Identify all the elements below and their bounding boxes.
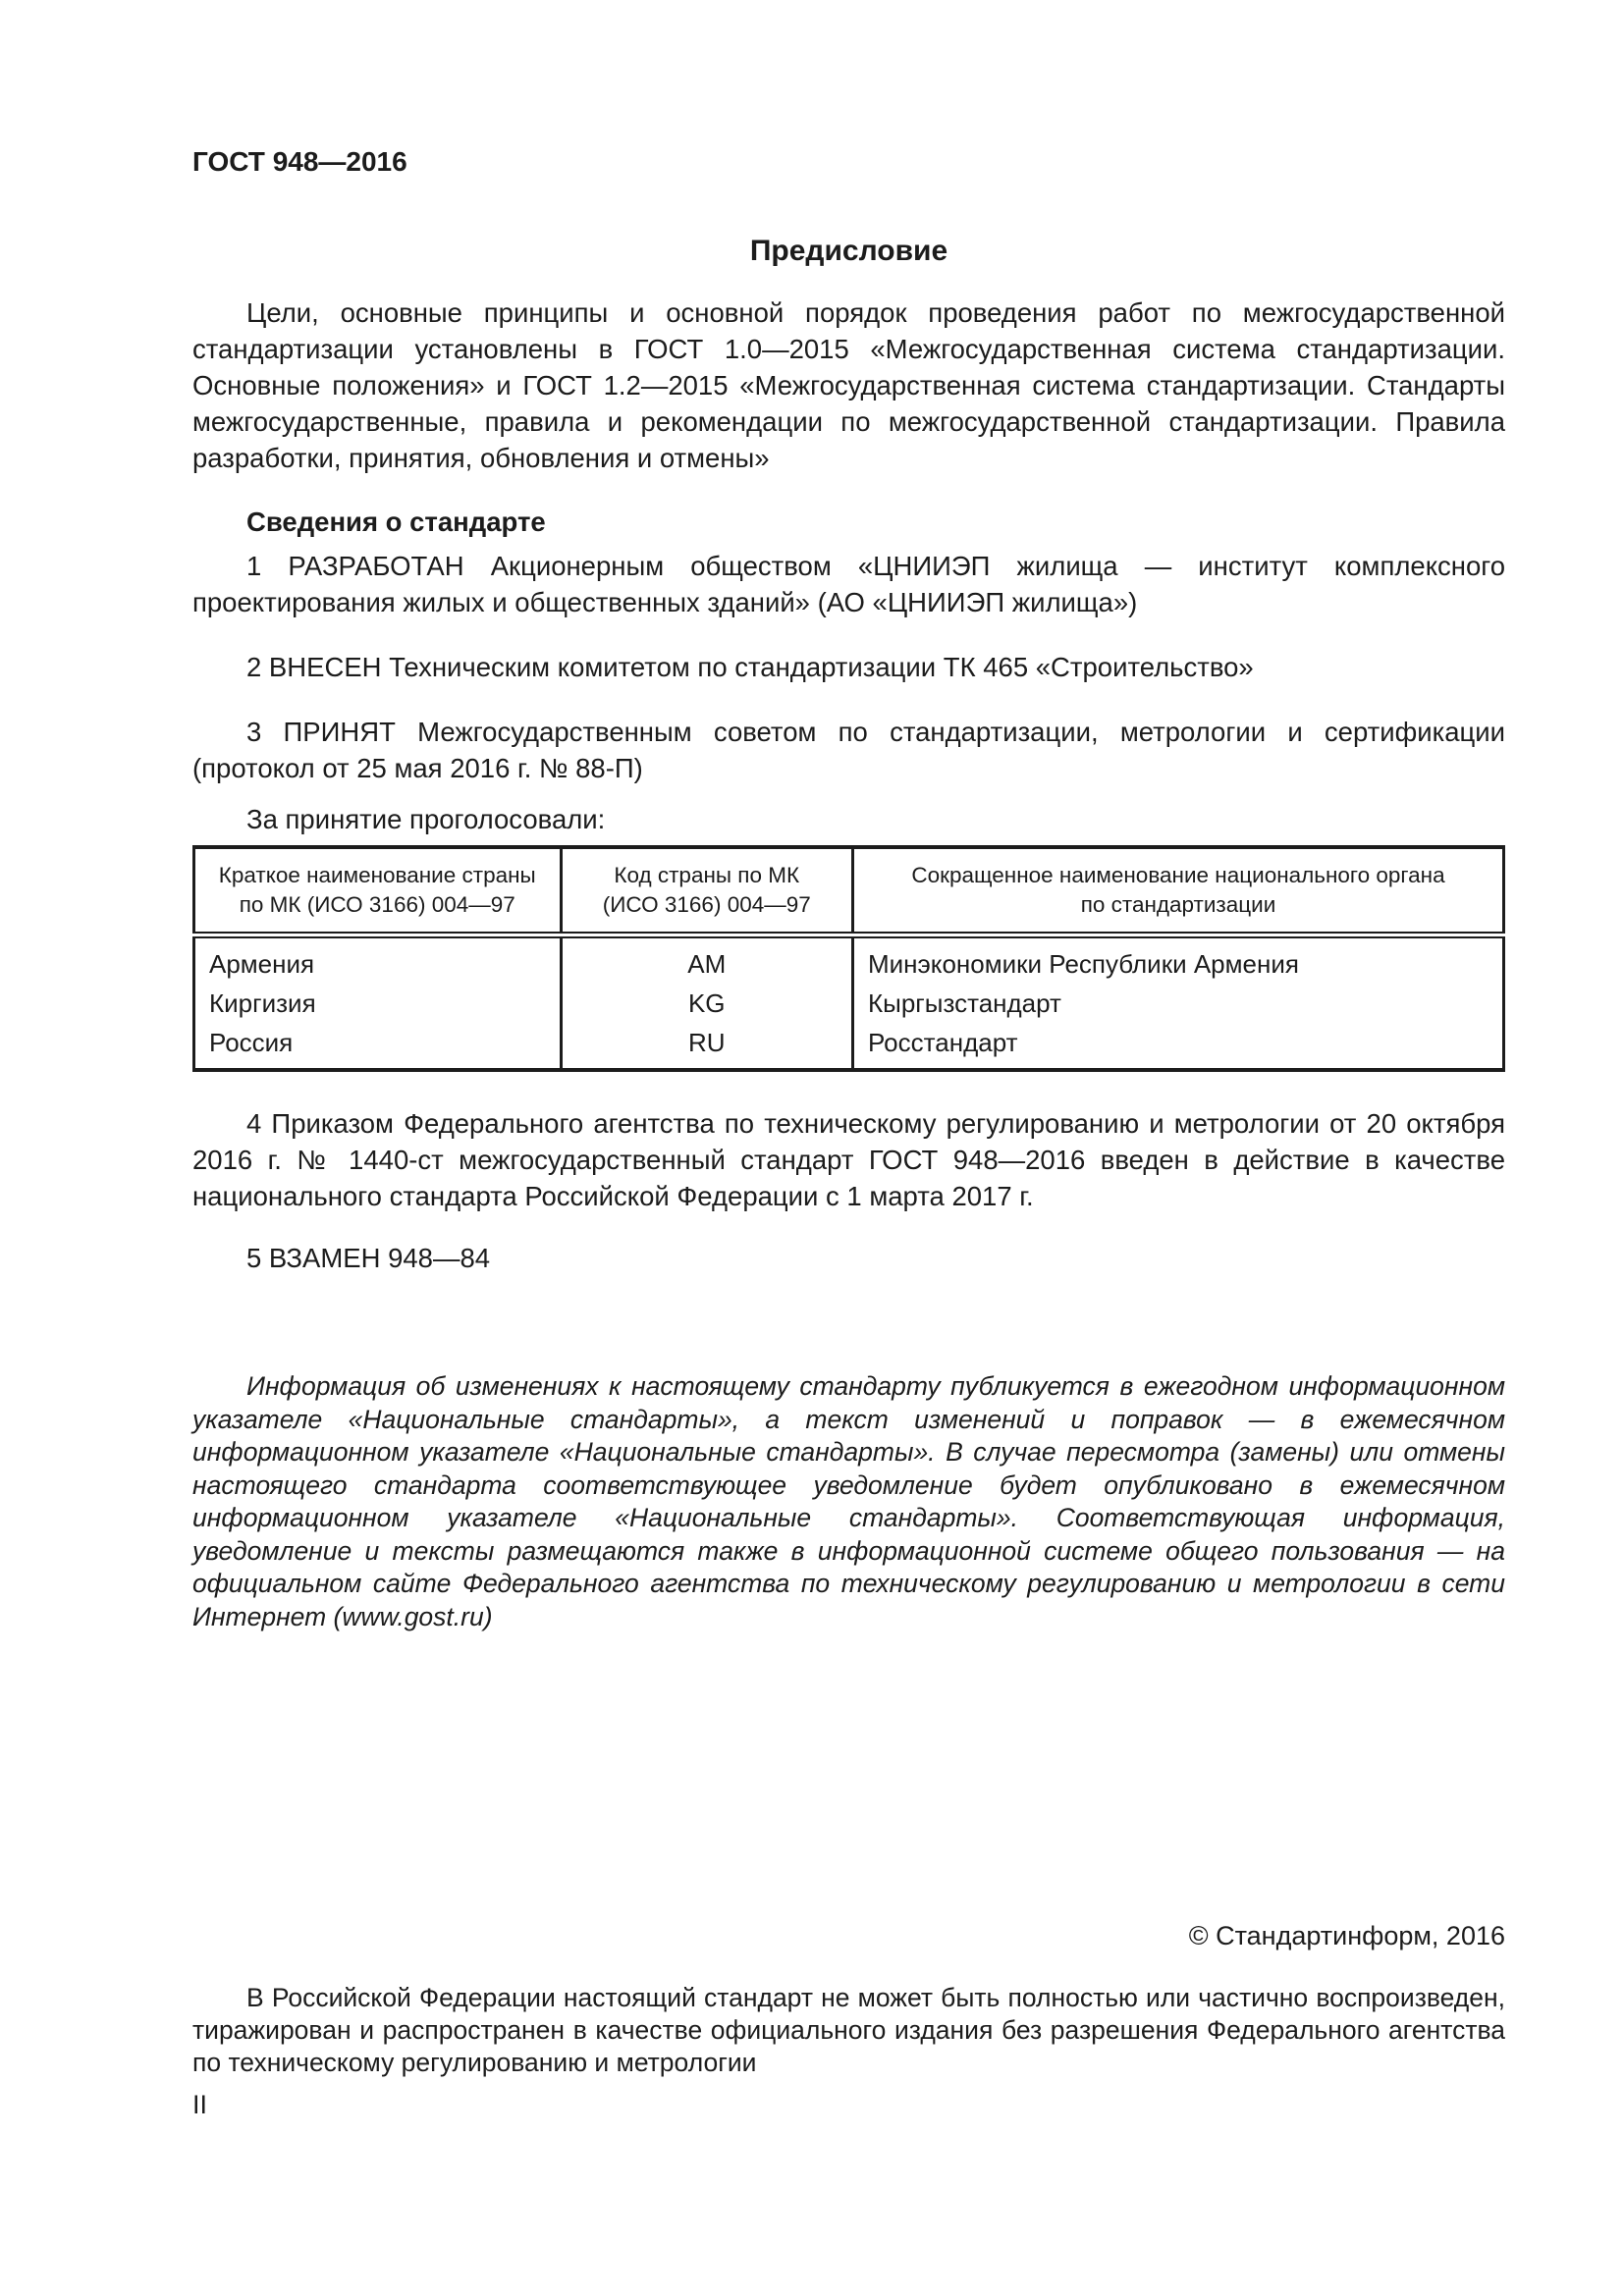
copyright-line: © Стандартинформ, 2016 [192,1920,1505,1952]
vote-table-header: Краткое наименование страны по МК (ИСО 3… [194,847,1504,935]
foreword-item-submitted: 2 ВНЕСЕН Техническим комитетом по станда… [192,649,1505,685]
header-country-line2: по МК (ИСО 3166) 004—97 [240,892,515,917]
amendment-note: Информация об изменениях к настоящему ст… [192,1370,1505,1633]
foreword-intro: Цели, основные принципы и основной поряд… [192,294,1505,476]
authority-cell: Кыргызстандарт [852,984,1503,1023]
country-cell: Киргизия [194,984,562,1023]
vote-table: Краткое наименование страны по МК (ИСО 3… [192,845,1505,1072]
header-code-line2: (ИСО 3166) 004—97 [603,892,811,917]
foreword-item-enacted: 4 Приказом Федерального агентства по тех… [192,1105,1505,1214]
vote-table-header-code: Код страны по МК (ИСО 3166) 004—97 [561,847,852,935]
header-authority-line2: по стандартизации [1081,892,1276,917]
doc-code: ГОСТ 948—2016 [192,0,1505,178]
header-code-line1: Код страны по МК [614,863,799,887]
code-cell: RU [561,1023,852,1070]
vote-table-header-row: Краткое наименование страны по МК (ИСО 3… [194,847,1504,935]
authority-cell: Росстандарт [852,1023,1503,1070]
code-cell: AM [561,935,852,985]
country-cell: Россия [194,1023,562,1070]
table-row: Киргизия KG Кыргызстандарт [194,984,1504,1023]
document-page: ГОСТ 948—2016 Предисловие Цели, основные… [0,0,1624,2296]
foreword-item-adopted: 3 ПРИНЯТ Межгосударственным советом по с… [192,714,1505,786]
code-cell: KG [561,984,852,1023]
reproduction-note: В Российской Федерации настоящий стандар… [192,1982,1505,2079]
authority-cell: Минэкономики Республики Армения [852,935,1503,985]
header-country-line1: Краткое наименование страны [219,863,536,887]
foreword-item-replaces: 5 ВЗАМЕН 948—84 [192,1240,1505,1276]
vote-heading: За принятие проголосовали: [192,801,1505,837]
country-cell: Армения [194,935,562,985]
page-number: II [192,2089,1505,2121]
table-row: Армения AM Минэкономики Республики Армен… [194,935,1504,985]
standard-info-heading: Сведения о стандарте [192,504,1505,540]
foreword-item-developed: 1 РАЗРАБОТАН Акционерным обществом «ЦНИИ… [192,548,1505,620]
vote-table-header-authority: Сокращенное наименование национального о… [852,847,1503,935]
table-row: Россия RU Росстандарт [194,1023,1504,1070]
vote-table-header-country: Краткое наименование страны по МК (ИСО 3… [194,847,562,935]
page-title: Предисловие [192,234,1505,269]
page-content: ГОСТ 948—2016 Предисловие Цели, основные… [192,0,1505,2121]
header-authority-line1: Сокращенное наименование национального о… [911,863,1444,887]
vote-table-body: Армения AM Минэкономики Республики Армен… [194,935,1504,1071]
